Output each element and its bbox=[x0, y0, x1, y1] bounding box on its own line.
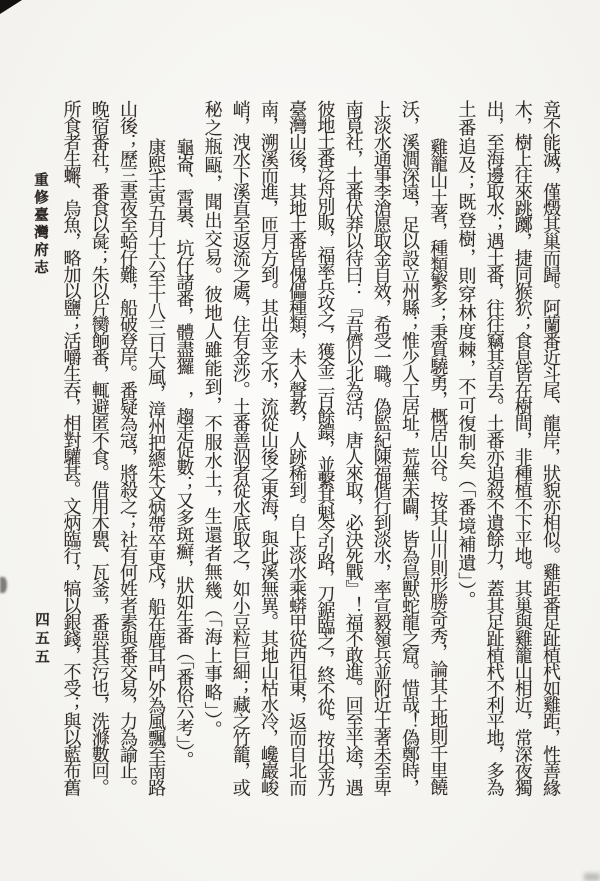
main-text-block: 竟不能滅，僅燬其巢而歸。阿蘭番近斗尾、龍岸，狀貌亦相似。雞距番足趾植杙如雞距，性… bbox=[56, 100, 564, 800]
text-column: 上淡水通事李滄愿取金自效，希受一職。偽監紀陳福偕行到淡水，率宣毅嶺兵並附近土著未… bbox=[367, 100, 395, 800]
text-column: 沃，溪澗深遠，足以設立州縣；惟少人工居址，荒蕪未闢，皆為鳥獸蛇龍之窟。惜哉！偽鄭… bbox=[395, 100, 423, 800]
scanned-book-page: 重修臺灣府志 竟不能滅，僅燬其巢而歸。阿蘭番近斗尾、龍岸，狀貌亦相似。雞距番足趾… bbox=[0, 0, 600, 881]
text-column: 秘之瓶甌，聞出交易。彼地人雖能到，不服水土，生還者無幾（「海上事略」）。 bbox=[197, 100, 225, 800]
text-column: 山後；歷三晝夜至蛤仔難，船破登岸。番疑為寇，將殺之；社有何姓者素與番交易，力為諭… bbox=[113, 100, 141, 800]
page-number: 四五五 bbox=[31, 612, 52, 668]
text-column: 臺灣山後，其地土番皆傀儡種類，未入聲教，人跡稀到。自上淡水乘蟒甲從西徂東，返而自… bbox=[282, 100, 310, 800]
text-column: 所食者生蠏、烏魚，略加以鹽；活嚼生吞，相對驩甚。文炳臨行，犒以銀錢，不受；與以藍… bbox=[56, 100, 84, 800]
text-column: 南覓社，土番伏莽以待曰：『吾儕以北為活，唐人來取，必決死戰』！福不敢進。回至半途… bbox=[338, 100, 366, 800]
text-column: 南，溯溪而進，匝月方到。其出金之水，流從山後之東海，與此溪無異。其地山枯水冷，巉… bbox=[254, 100, 282, 800]
text-column: 彼地土番泛舟別販，福率兵攻之，獲金二百餘鐶，並繫其魁令引路，刀鋸臨之，終不從。按… bbox=[310, 100, 338, 800]
text-column: 晚宿番社，番食以彘；朱以片臠餉番，輒避匿不食。借用木甖、瓦釜，番惡其污也，洗滌數… bbox=[85, 100, 113, 800]
scan-artifact-corner bbox=[0, 0, 22, 14]
text-column: 康熙壬寅五月十六至十八三日大風，漳州把總朱文炳帶卒更戍，船在鹿耳門外為風飄至南路 bbox=[141, 100, 169, 838]
text-column: 竟不能滅，僅燬其巢而歸。阿蘭番近斗尾、龍岸，狀貌亦相似。雞距番足趾植杙如雞距，性… bbox=[536, 100, 564, 800]
running-title: 重修臺灣府志 bbox=[30, 172, 51, 277]
scan-artifact-shadow bbox=[584, 873, 600, 881]
text-column: 龜崙、霄裏、坑仔諸番，體盡玀𤟔，趨走促數；又多斑癬，狀如生番（「番俗六考」）。 bbox=[169, 100, 197, 838]
text-column: 出，至海邊取水；遇土番，往往竊其首去。土番亦追殺不遺餘力，蓋其足趾植杙不利平地，… bbox=[479, 100, 507, 800]
scan-artifact-smudge bbox=[0, 577, 7, 593]
text-column: 峭，洩水下溪直至返流之處，住有金沙。土番善泅者從水底取之，如小豆粒巨細；藏之竹籠… bbox=[226, 100, 254, 800]
text-column: 土番追及；既登樹，則穿林度棘，不可復制矣（「番境補遺」）。 bbox=[451, 100, 479, 800]
text-column: 木，樹上往來跳躑，捷同猴狖；食息皆在樹間，非種植不下平地。其巢與雞籠山相近，常深… bbox=[508, 100, 536, 800]
text-column: 雞籠山土著，種類繁多；秉質驍勇，概居山谷。按其山川則形勝奇秀，論其土地則千里饒 bbox=[423, 100, 451, 838]
